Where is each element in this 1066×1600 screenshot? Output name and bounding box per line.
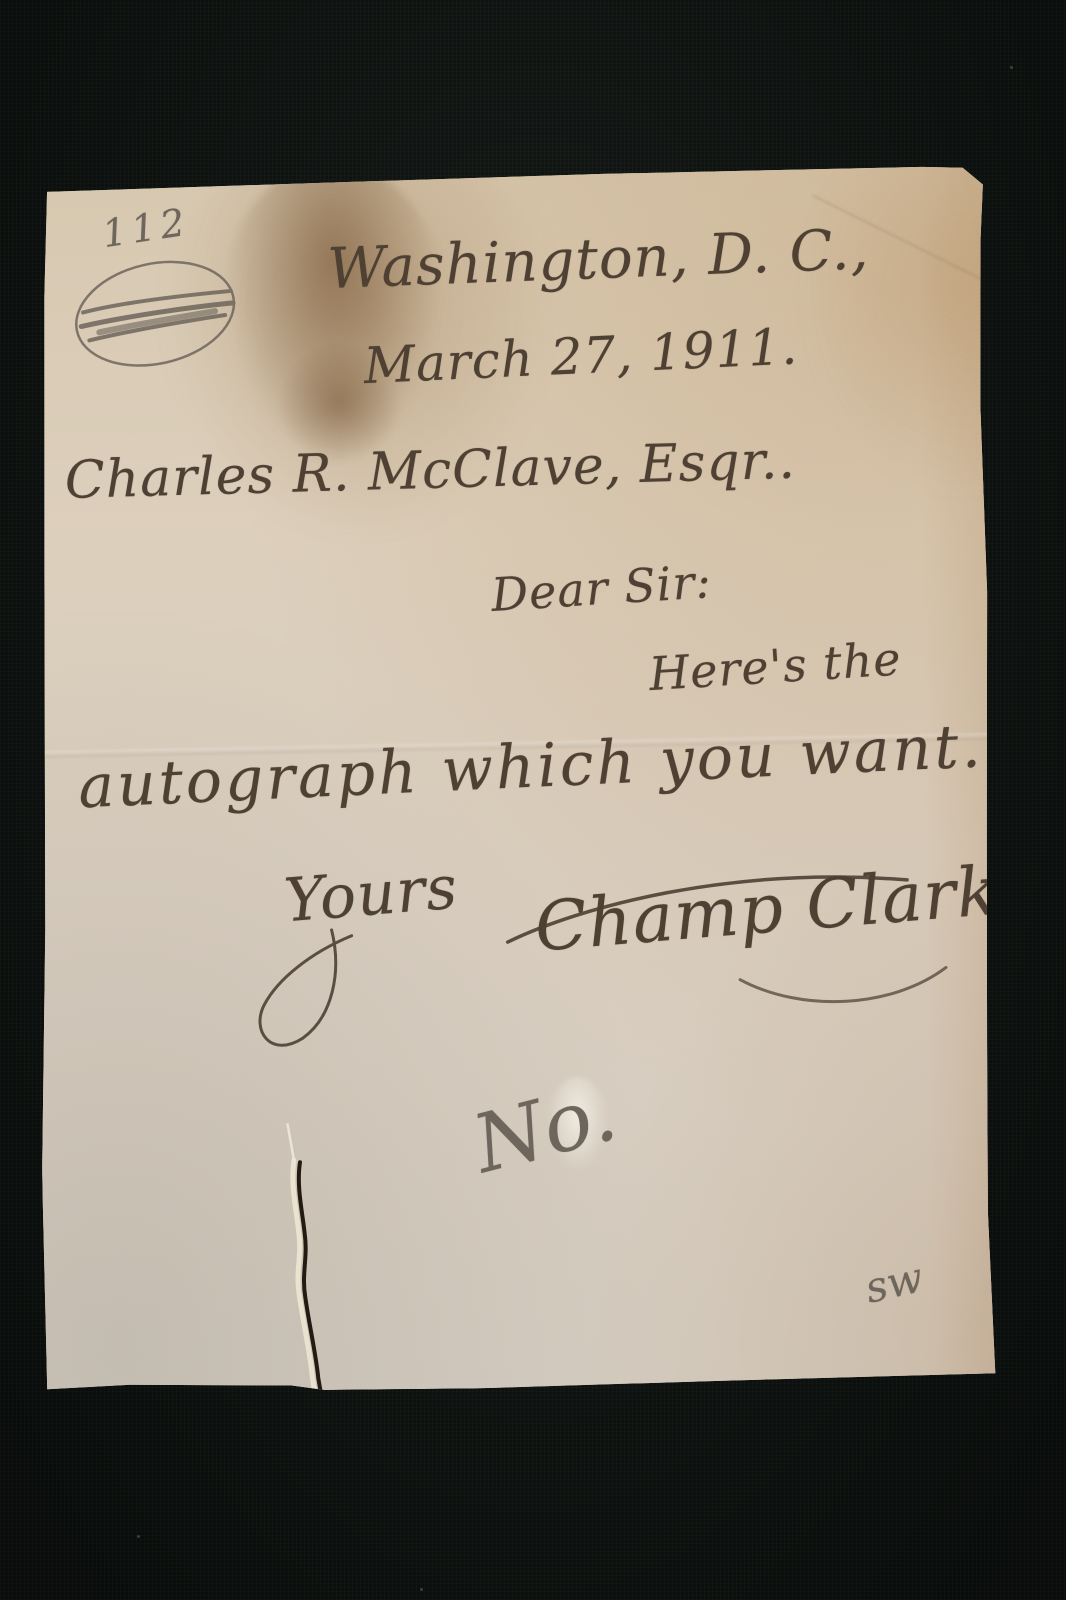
corner-stain (786, 134, 1066, 517)
body-line-2: autograph which you want. (77, 711, 985, 822)
closing-word: Yours (282, 853, 461, 937)
pencil-initials: sw (861, 1252, 928, 1312)
dateline-date: March 27, 1911. (362, 317, 799, 395)
pencil-note-no: No. (464, 1065, 625, 1191)
scribble-mark (66, 247, 245, 380)
signature-champ-clark: Champ Clark. (532, 850, 1024, 968)
fabric-speck (420, 1588, 423, 1591)
salutation-line: Dear Sir: (490, 554, 714, 622)
brown-stain (217, 161, 450, 473)
letter-sheet: 112 Washington, D. C., March 27, 1911. C… (32, 165, 997, 1393)
pencil-catalog-number: 112 (99, 200, 192, 257)
body-line-1: Here's the (647, 631, 903, 701)
fabric-speck (137, 1535, 140, 1538)
addressee-line: Charles R. McClave, Esqr.. (64, 431, 796, 511)
letter-photograph: 112 Washington, D. C., March 27, 1911. C… (0, 0, 1066, 1600)
dateline-city: Washington, D. C., (327, 217, 871, 302)
paper-tear (288, 1124, 321, 1390)
fabric-speck (1010, 66, 1013, 69)
